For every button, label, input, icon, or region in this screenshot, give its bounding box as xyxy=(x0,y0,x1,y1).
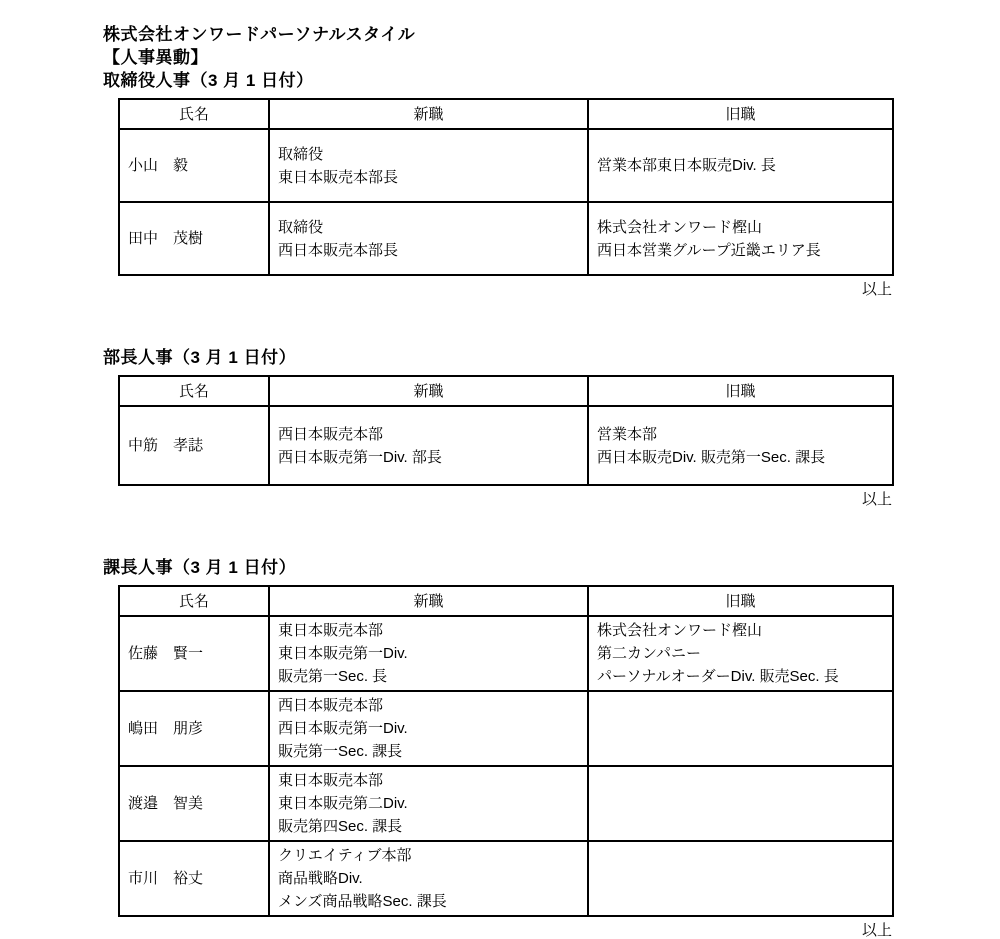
column-header-new-position: 新職 xyxy=(269,376,588,406)
new-position-cell: 東日本販売本部東日本販売第一Div.販売第一Sec. 長 xyxy=(269,616,588,691)
section-chiefs-table: 氏名 新職 旧職 佐藤 賢一東日本販売本部東日本販売第一Div.販売第一Sec.… xyxy=(118,585,894,917)
section-title-section-chiefs: 課長人事（3 月 1 日付） xyxy=(103,556,1000,579)
column-header-new-position: 新職 xyxy=(269,99,588,129)
directors-table: 氏名 新職 旧職 小山 毅取締役東日本販売本部長営業本部東日本販売Div. 長田… xyxy=(118,98,894,276)
company-name: 株式会社オンワードパーソナルスタイル xyxy=(103,23,1000,46)
notice-type-title: 【人事異動】 xyxy=(103,46,1000,69)
table-header-row: 氏名 新職 旧職 xyxy=(119,376,893,406)
end-mark: 以上 xyxy=(118,491,892,509)
new-position-cell: 取締役東日本販売本部長 xyxy=(269,129,588,202)
new-position-cell: クリエイティブ本部商品戦略Div.メンズ商品戦略Sec. 課長 xyxy=(269,841,588,916)
column-header-name: 氏名 xyxy=(119,99,269,129)
end-mark: 以上 xyxy=(118,922,892,939)
section-section-chiefs: 課長人事（3 月 1 日付） 氏名 新職 旧職 佐藤 賢一東日本販売本部東日本販… xyxy=(0,556,1000,939)
column-header-old-position: 旧職 xyxy=(588,586,893,616)
name-cell: 渡邉 智美 xyxy=(119,766,269,841)
new-position-cell: 取締役西日本販売本部長 xyxy=(269,202,588,275)
name-cell: 佐藤 賢一 xyxy=(119,616,269,691)
table-header-row: 氏名 新職 旧職 xyxy=(119,586,893,616)
section-department-heads: 部長人事（3 月 1 日付） 氏名 新職 旧職 中筋 孝誌西日本販売本部西日本販… xyxy=(0,346,1000,509)
column-header-old-position: 旧職 xyxy=(588,376,893,406)
department-heads-table: 氏名 新職 旧職 中筋 孝誌西日本販売本部西日本販売第一Div. 部長営業本部西… xyxy=(118,375,894,486)
table-row: 中筋 孝誌西日本販売本部西日本販売第一Div. 部長営業本部西日本販売Div. … xyxy=(119,406,893,485)
table-row: 田中 茂樹取締役西日本販売本部長株式会社オンワード樫山西日本営業グループ近畿エリ… xyxy=(119,202,893,275)
document-header: 株式会社オンワードパーソナルスタイル 【人事異動】 xyxy=(103,23,1000,69)
old-position-cell: 株式会社オンワード樫山西日本営業グループ近畿エリア長 xyxy=(588,202,893,275)
old-position-cell: 営業本部東日本販売Div. 長 xyxy=(588,129,893,202)
name-cell: 嶋田 朋彦 xyxy=(119,691,269,766)
column-header-new-position: 新職 xyxy=(269,586,588,616)
personnel-notice-document: 株式会社オンワードパーソナルスタイル 【人事異動】 取締役人事（3 月 1 日付… xyxy=(0,0,1000,939)
old-position-cell xyxy=(588,841,893,916)
old-position-cell xyxy=(588,691,893,766)
table-row: 市川 裕丈クリエイティブ本部商品戦略Div.メンズ商品戦略Sec. 課長 xyxy=(119,841,893,916)
name-cell: 市川 裕丈 xyxy=(119,841,269,916)
old-position-cell: 営業本部西日本販売Div. 販売第一Sec. 課長 xyxy=(588,406,893,485)
old-position-cell xyxy=(588,766,893,841)
name-cell: 田中 茂樹 xyxy=(119,202,269,275)
name-cell: 中筋 孝誌 xyxy=(119,406,269,485)
section-directors: 取締役人事（3 月 1 日付） 氏名 新職 旧職 小山 毅取締役東日本販売本部長… xyxy=(0,69,1000,299)
column-header-name: 氏名 xyxy=(119,376,269,406)
section-title-department-heads: 部長人事（3 月 1 日付） xyxy=(103,346,1000,369)
end-mark: 以上 xyxy=(118,281,892,299)
section-title-directors: 取締役人事（3 月 1 日付） xyxy=(103,69,1000,92)
column-header-name: 氏名 xyxy=(119,586,269,616)
new-position-cell: 西日本販売本部西日本販売第一Div.販売第一Sec. 課長 xyxy=(269,691,588,766)
table-row: 小山 毅取締役東日本販売本部長営業本部東日本販売Div. 長 xyxy=(119,129,893,202)
table-header-row: 氏名 新職 旧職 xyxy=(119,99,893,129)
name-cell: 小山 毅 xyxy=(119,129,269,202)
table-row: 佐藤 賢一東日本販売本部東日本販売第一Div.販売第一Sec. 長株式会社オンワ… xyxy=(119,616,893,691)
table-row: 渡邉 智美東日本販売本部東日本販売第二Div.販売第四Sec. 課長 xyxy=(119,766,893,841)
new-position-cell: 西日本販売本部西日本販売第一Div. 部長 xyxy=(269,406,588,485)
table-row: 嶋田 朋彦西日本販売本部西日本販売第一Div.販売第一Sec. 課長 xyxy=(119,691,893,766)
column-header-old-position: 旧職 xyxy=(588,99,893,129)
new-position-cell: 東日本販売本部東日本販売第二Div.販売第四Sec. 課長 xyxy=(269,766,588,841)
old-position-cell: 株式会社オンワード樫山第二カンパニーパーソナルオーダーDiv. 販売Sec. 長 xyxy=(588,616,893,691)
